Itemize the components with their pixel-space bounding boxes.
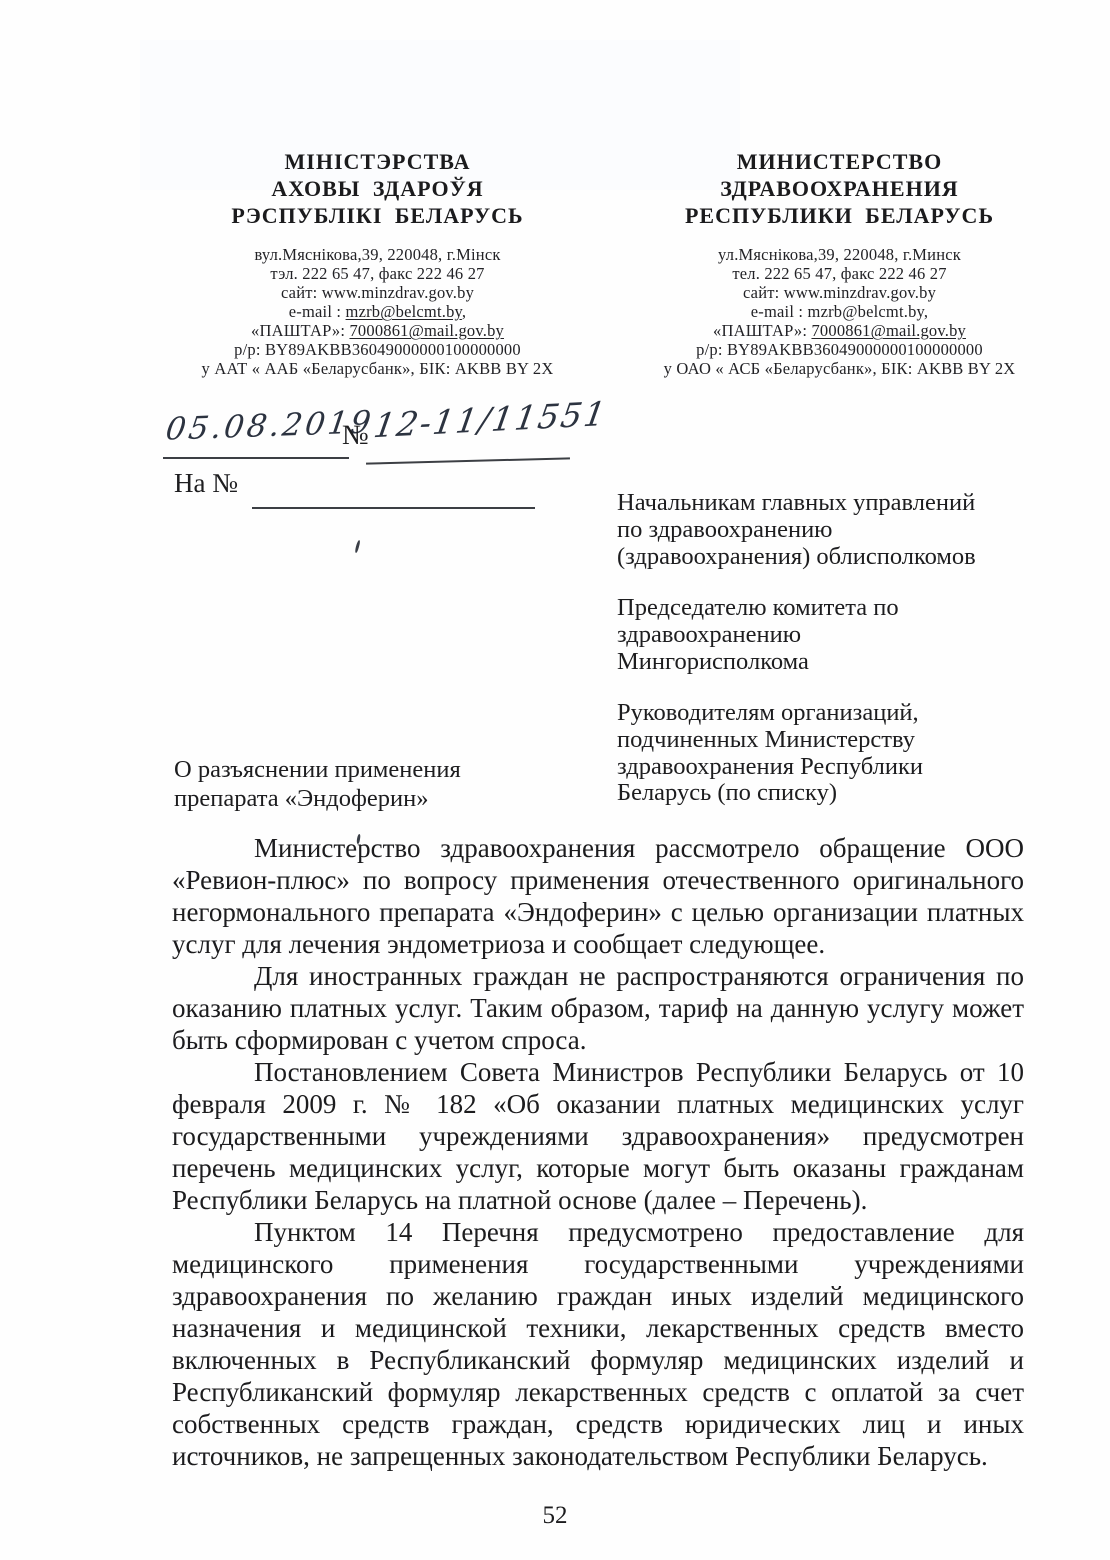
- addressee-minsk-committee: Председателю комитета по здравоохранению…: [617, 595, 1021, 676]
- letter-body: Министерство здравоохранения рассмотрело…: [172, 833, 1024, 1473]
- title-line: РЕСПУБЛИКИ БЕЛАРУСЬ: [647, 202, 1032, 229]
- body-paragraph: Для иностранных граждан не распространяю…: [172, 961, 1024, 1057]
- pashtar-label: «ПАШТАР»:: [713, 321, 811, 340]
- ministry-title-ru: МИНИСТЕРСТВО ЗДРАВООХРАНЕНИЯ РЕСПУБЛИКИ …: [647, 148, 1032, 229]
- addressee-subordinate-orgs: Руководителям организаций, подчиненных М…: [617, 700, 1021, 808]
- title-line: РЭСПУБЛІКІ БЕЛАРУСЬ: [190, 202, 565, 229]
- website: сайт: www.minzdrav.gov.by: [190, 283, 565, 302]
- pashtar-line: «ПАШТАР»: 7000861@mail.gov.by: [647, 321, 1032, 340]
- reply-blank-line: [252, 507, 535, 509]
- title-line: ЗДРАВООХРАНЕНИЯ: [647, 175, 1032, 202]
- bank-account: р/р: BY89AKBB36049000000100000000: [190, 340, 565, 359]
- subject-line: О разъяснении применения препарата «Эндо…: [174, 756, 534, 814]
- pashtar-address: 7000861@mail.gov.by: [811, 321, 966, 340]
- email-label: e-mail :: [289, 302, 346, 321]
- title-line: АХОВЫ ЗДАРОЎЯ: [190, 175, 565, 202]
- body-paragraph: Пунктом 14 Перечня предусмотрено предост…: [172, 1217, 1024, 1473]
- scanned-letter-page: МІНІСТЭРСТВА АХОВЫ ЗДАРОЎЯ РЭСПУБЛІКІ БЕ…: [0, 0, 1110, 1560]
- title-line: МИНИСТЕРСТВО: [647, 148, 1032, 175]
- body-paragraph: Министерство здравоохранения рассмотрело…: [172, 833, 1024, 961]
- title-line: МІНІСТЭРСТВА: [190, 148, 565, 175]
- letterhead-belarusian: МІНІСТЭРСТВА АХОВЫ ЗДАРОЎЯ РЭСПУБЛІКІ БЕ…: [190, 148, 565, 378]
- body-paragraph: Постановлением Совета Министров Республи…: [172, 1057, 1024, 1217]
- ministry-title-by: МІНІСТЭРСТВА АХОВЫ ЗДАРОЎЯ РЭСПУБЛІКІ БЕ…: [190, 148, 565, 229]
- pashtar-line: «ПАШТАР»: 7000861@mail.gov.by: [190, 321, 565, 340]
- pashtar-label: «ПАШТАР»:: [251, 321, 349, 340]
- addressee-oblast-heads: Начальникам главных управлений по здраво…: [617, 490, 1021, 571]
- letterhead-russian: МИНИСТЕРСТВО ЗДРАВООХРАНЕНИЯ РЕСПУБЛИКИ …: [647, 148, 1032, 378]
- phone-fax: тел. 222 65 47, факс 222 46 27: [647, 264, 1032, 283]
- bank-name: у ОАО « АСБ «Беларусбанк», БІК: AKBB BY …: [647, 359, 1032, 378]
- reply-to-label: На №: [174, 468, 238, 499]
- email-line: e-mail : mzrb@belcmt.by,: [190, 302, 565, 321]
- bank-account: р/р: BY89AKBB36049000000100000000: [647, 340, 1032, 359]
- phone-fax: тэл. 222 65 47, факс 222 46 27: [190, 264, 565, 283]
- pashtar-address: 7000861@mail.gov.by: [349, 321, 504, 340]
- ministry-contacts-ru: ул.Мяснікова,39, 220048, г.Минск тел. 22…: [647, 245, 1032, 378]
- bank-name: у ААТ « ААБ «Беларусбанк», БІК: AKBB BY …: [190, 359, 565, 378]
- number-sign: №: [342, 420, 369, 452]
- email-address: mzrb@belcmt.by: [346, 302, 462, 321]
- date-blank-line: [163, 457, 349, 459]
- page-number: 52: [0, 1502, 1110, 1530]
- number-blank-line: [366, 457, 570, 464]
- website: сайт: www.minzdrav.gov.by: [647, 283, 1032, 302]
- email-comma: ,: [462, 302, 466, 321]
- ink-speck: [354, 540, 360, 553]
- street-address: ул.Мяснікова,39, 220048, г.Минск: [647, 245, 1032, 264]
- addressee-block: Начальникам главных управлений по здраво…: [617, 490, 1021, 831]
- handwritten-doc-number: 12-11/11551: [371, 394, 610, 446]
- street-address: вул.Мяснікова,39, 220048, г.Мінск: [190, 245, 565, 264]
- ministry-contacts-by: вул.Мяснікова,39, 220048, г.Мінск тэл. 2…: [190, 245, 565, 378]
- email-line: e-mail : mzrb@belcmt.by,: [647, 302, 1032, 321]
